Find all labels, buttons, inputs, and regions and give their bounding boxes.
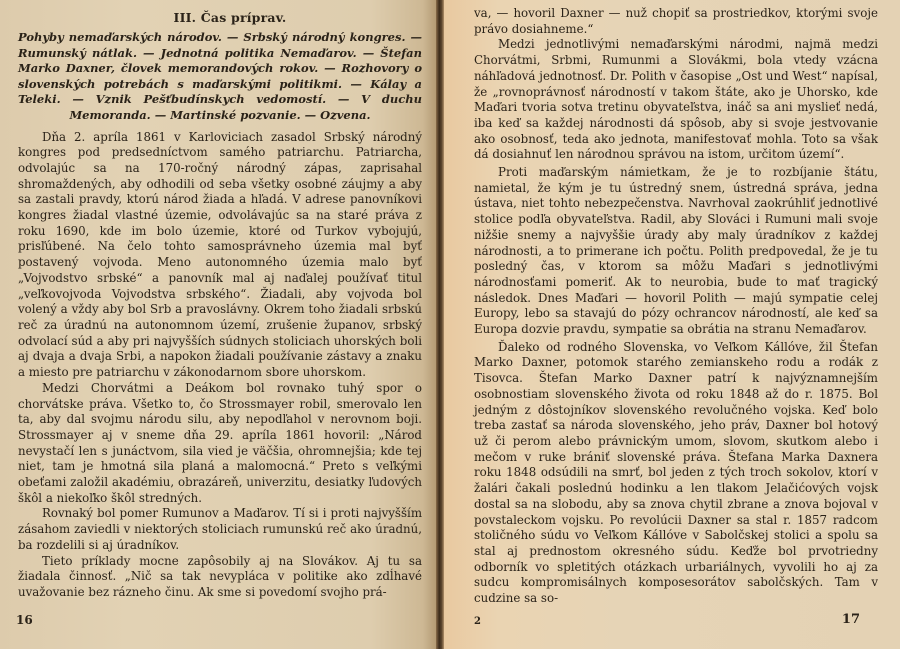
page-number-right: 17 [842, 612, 860, 627]
book-gutter [436, 0, 444, 649]
paragraph: Medzi Chorvátmi a Deákom bol rovnako tuh… [18, 381, 422, 507]
signature-mark: 2 [474, 616, 481, 627]
paragraph: Ďaleko od rodného Slovenska, vo Veľkom K… [474, 340, 878, 607]
right-page: va, — hovoril Daxner — nuž chopiť sa pro… [444, 0, 900, 649]
chapter-summary: Pohyby nemaďarských národov. — Srbský ná… [18, 30, 422, 124]
paragraph: Dňa 2. apríla 1861 v Karloviciach zasado… [18, 130, 422, 381]
chapter-title: III. Čas príprav. [18, 10, 422, 25]
paragraph: Proti maďarským námietkam, že je to rozb… [474, 165, 878, 338]
paragraph: Tieto príklady mocne zapôsobily aj na Sl… [18, 554, 422, 601]
page-number-left: 16 [16, 613, 33, 627]
paragraph: Rovnaký bol pomer Rumunov a Maďarov. Tí … [18, 506, 422, 553]
book-spread: III. Čas príprav. Pohyby nemaďarských ná… [0, 0, 900, 649]
left-page: III. Čas príprav. Pohyby nemaďarských ná… [0, 0, 436, 649]
paragraph: va, — hovoril Daxner — nuž chopiť sa pro… [474, 6, 878, 37]
paragraph: Medzi jednotlivými nemaďarskými národmi,… [474, 37, 878, 163]
